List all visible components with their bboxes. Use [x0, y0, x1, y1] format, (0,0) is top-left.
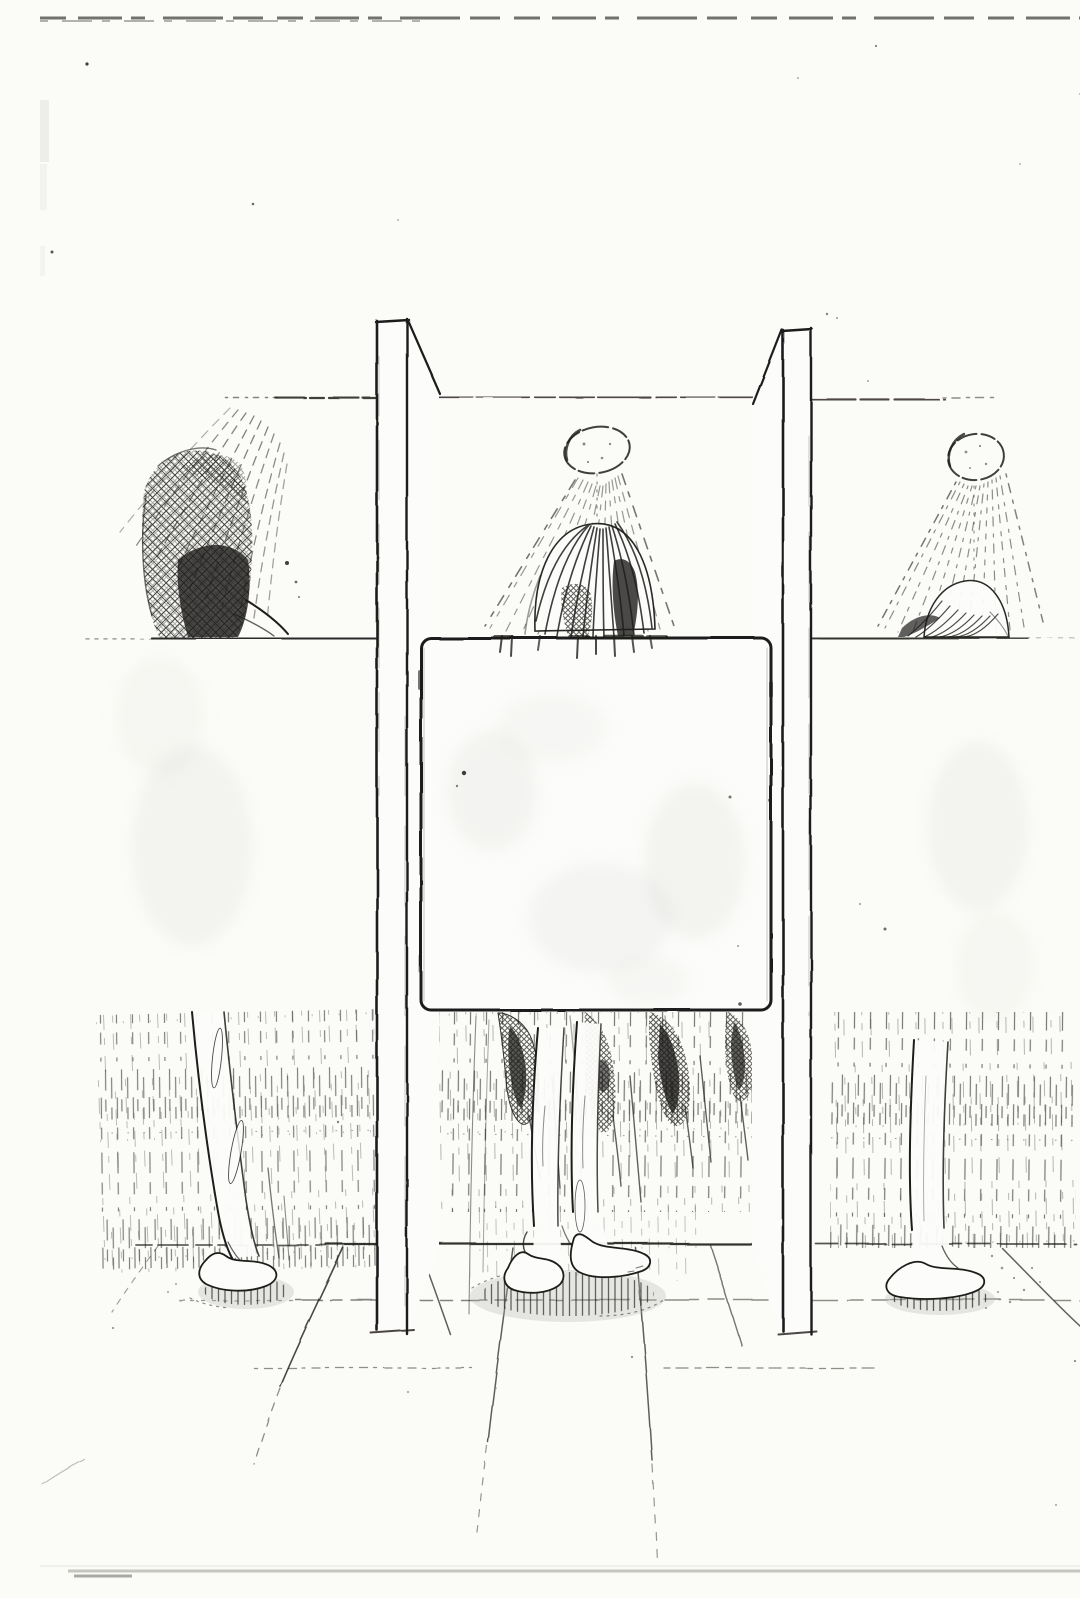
right-figure-head — [898, 581, 1009, 637]
center-shower-head — [561, 422, 634, 479]
right-shower-head — [945, 430, 1007, 483]
scan-edge-top — [40, 18, 1080, 21]
manga-page: Communal shower stalls — monochrome mang… — [40, 16, 1080, 1582]
right-figure-foot — [886, 1262, 984, 1299]
partition-door — [420, 636, 771, 1010]
left-figure-shoulder — [246, 600, 288, 634]
center-figure-head — [525, 522, 655, 637]
paper-edge-smudges — [40, 100, 49, 276]
right-post — [778, 328, 816, 1334]
left-post — [371, 319, 414, 1334]
scan-edge-bottom — [40, 1566, 1080, 1576]
water-streaks-right — [830, 1012, 1076, 1248]
illustration-canvas — [40, 16, 1080, 1582]
wall-top-edge — [226, 397, 997, 400]
left-figure-hair — [142, 448, 288, 638]
